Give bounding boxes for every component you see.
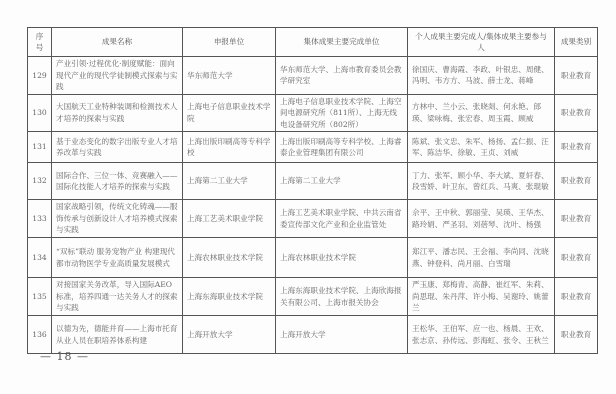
cell-collective: 上海东海职业技术学院、上海欣海报关有限公司、上海市报关协会 — [276, 278, 408, 316]
cell-persons: 严玉康、郑梅青、高静、崔红军、朱莉、尚思琨、朱丹萍、许小梅、吴谢玲、姚蕾兰 — [408, 278, 555, 316]
cell-name: 对接国家关务改革，导入国际AEO标准，培养四通一达关务人才的探索与实践 — [52, 278, 183, 316]
cell-persons: 徐国庆、曹海霞、李政、叶银忠、周健、冯明、韦方方、马波、薛士龙、蒋峰 — [408, 57, 555, 95]
cell-name: 国际合作、三位一体、竞赛融入——国际化技能人才培养的探索与实践 — [52, 163, 183, 200]
cell-collective: 华东师范大学、上海市教育委员会教学研究室 — [276, 57, 408, 95]
cell-persons: 方林中、兰小云、张晓剡、何永艳、郎瑛、梁咏梅、张宏春、周玉霞、顾威 — [408, 94, 555, 132]
cell-persons: 郑江平、潘志民、王会福、李尚同、沈晓燕、钟登科、尚月丽、白雪瑞 — [408, 238, 555, 278]
cell-unit: 华东师范大学 — [183, 57, 276, 95]
cell-collective: 上海开放大学 — [276, 316, 408, 354]
cell-category: 职业教育 — [555, 132, 598, 163]
cell-collective: 上海工艺美术职业学院、中共云南省委宣传部文化产业和企业监管处 — [276, 200, 408, 238]
header-unit: 申报单位 — [183, 28, 276, 57]
cell-category: 职业教育 — [555, 278, 598, 316]
cell-unit: 上海农林职业技术学院 — [183, 238, 276, 278]
cell-persons: 陈斌、张文忠、朱军、杨扬、孟仁振、汪军、陈洁华、徐敏、王贞、刘威 — [408, 132, 555, 163]
cell-unit: 上海第二工业大学 — [183, 163, 276, 200]
cell-category: 职业教育 — [555, 94, 598, 132]
cell-name: 以德为先，德能并育——上海市托育从业人员在职培养体系构建 — [52, 316, 183, 354]
cell-unit: 上海开放大学 — [183, 316, 276, 354]
cell-category: 职业教育 — [555, 238, 598, 278]
cell-unit: 上海工艺美术职业学院 — [183, 200, 276, 238]
cell-seq: 129 — [28, 57, 52, 95]
cell-seq: 133 — [28, 200, 52, 238]
cell-name: 产业引领·过程优化·制度赋能：面向现代产业的现代学徒制模式探索与实践 — [52, 57, 183, 95]
document-page: 序号 成果名称 申报单位 集体成果主要完成单位 个人成果主要完成人/集体成果主要… — [0, 0, 616, 394]
cell-unit: 上海出版印刷高等专科学校 — [183, 132, 276, 163]
cell-seq: 132 — [28, 163, 52, 200]
cell-unit: 上海电子信息职业技术学院 — [183, 94, 276, 132]
header-seq: 序号 — [28, 28, 52, 57]
table-row: 135 对接国家关务改革，导入国际AEO标准，培养四通一达关务人才的探索与实践 … — [28, 278, 598, 316]
cell-persons: 丁力、张军、顾小华、李大斌、夏轩春、段雪娇、叶卫东、曾红兵、马爽、张琨敏 — [408, 163, 555, 200]
table-row: 134 “双标”联动 服务宠物产业 构建现代都市动物医学专业高质量发展模式 上海… — [28, 238, 598, 278]
cell-collective: 上海第二工业大学 — [276, 163, 408, 200]
table-row: 129 产业引领·过程优化·制度赋能：面向现代产业的现代学徒制模式探索与实践 华… — [28, 57, 598, 95]
cell-name: 大国航天工业特种装调和检测技术人才培养的探索与实践 — [52, 94, 183, 132]
table-header-row: 序号 成果名称 申报单位 集体成果主要完成单位 个人成果主要完成人/集体成果主要… — [28, 28, 598, 57]
cell-category: 职业教育 — [555, 163, 598, 200]
cell-persons: 王松华、王伯军、应一也、杨晨、王欢、张志京、孙传远、彭海虹、张令、王秋兰 — [408, 316, 555, 354]
cell-collective: 上海出版印刷高等专科学校、上海睿泰企业管理集团有限公司 — [276, 132, 408, 163]
header-collective: 集体成果主要完成单位 — [276, 28, 408, 57]
page-number: — 18 — — [40, 350, 89, 363]
cell-collective: 上海电子信息职业技术学院、上海空间电源研究所（811所）、上海无线电设备研究所（… — [276, 94, 408, 132]
header-name: 成果名称 — [52, 28, 183, 57]
cell-seq: 136 — [28, 316, 52, 354]
table-row: 132 国际合作、三位一体、竞赛融入——国际化技能人才培养的探索与实践 上海第二… — [28, 163, 598, 200]
cell-seq: 134 — [28, 238, 52, 278]
awards-table: 序号 成果名称 申报单位 集体成果主要完成单位 个人成果主要完成人/集体成果主要… — [27, 27, 598, 354]
cell-unit: 上海东海职业技术学院 — [183, 278, 276, 316]
cell-persons: 佘平、王中秋、郭丽莹、吴瑛、王华杰、路玲娟、严圣羽、刘蓓琴、沈叶、杨强 — [408, 200, 555, 238]
cell-collective: 上海农林职业技术学院 — [276, 238, 408, 278]
cell-name: 国家战略引领，传统文化铸魂——服饰传承与创新设计人才培养模式探索与实践 — [52, 200, 183, 238]
table-row: 133 国家战略引领，传统文化铸魂——服饰传承与创新设计人才培养模式探索与实践 … — [28, 200, 598, 238]
cell-category: 职业教育 — [555, 316, 598, 354]
cell-seq: 130 — [28, 94, 52, 132]
cell-category: 职业教育 — [555, 57, 598, 95]
cell-category: 职业教育 — [555, 200, 598, 238]
table-row: 130 大国航天工业特种装调和检测技术人才培养的探索与实践 上海电子信息职业技术… — [28, 94, 598, 132]
table-row: 131 基于业态变化的数字出版专业人才培养改革与实践 上海出版印刷高等专科学校 … — [28, 132, 598, 163]
cell-name: 基于业态变化的数字出版专业人才培养改革与实践 — [52, 132, 183, 163]
header-persons: 个人成果主要完成人/集体成果主要参与人 — [408, 28, 555, 57]
table-row: 136 以德为先，德能并育——上海市托育从业人员在职培养体系构建 上海开放大学 … — [28, 316, 598, 354]
cell-seq: 135 — [28, 278, 52, 316]
cell-seq: 131 — [28, 132, 52, 163]
header-category: 成果类别 — [555, 28, 598, 57]
cell-name: “双标”联动 服务宠物产业 构建现代都市动物医学专业高质量发展模式 — [52, 238, 183, 278]
